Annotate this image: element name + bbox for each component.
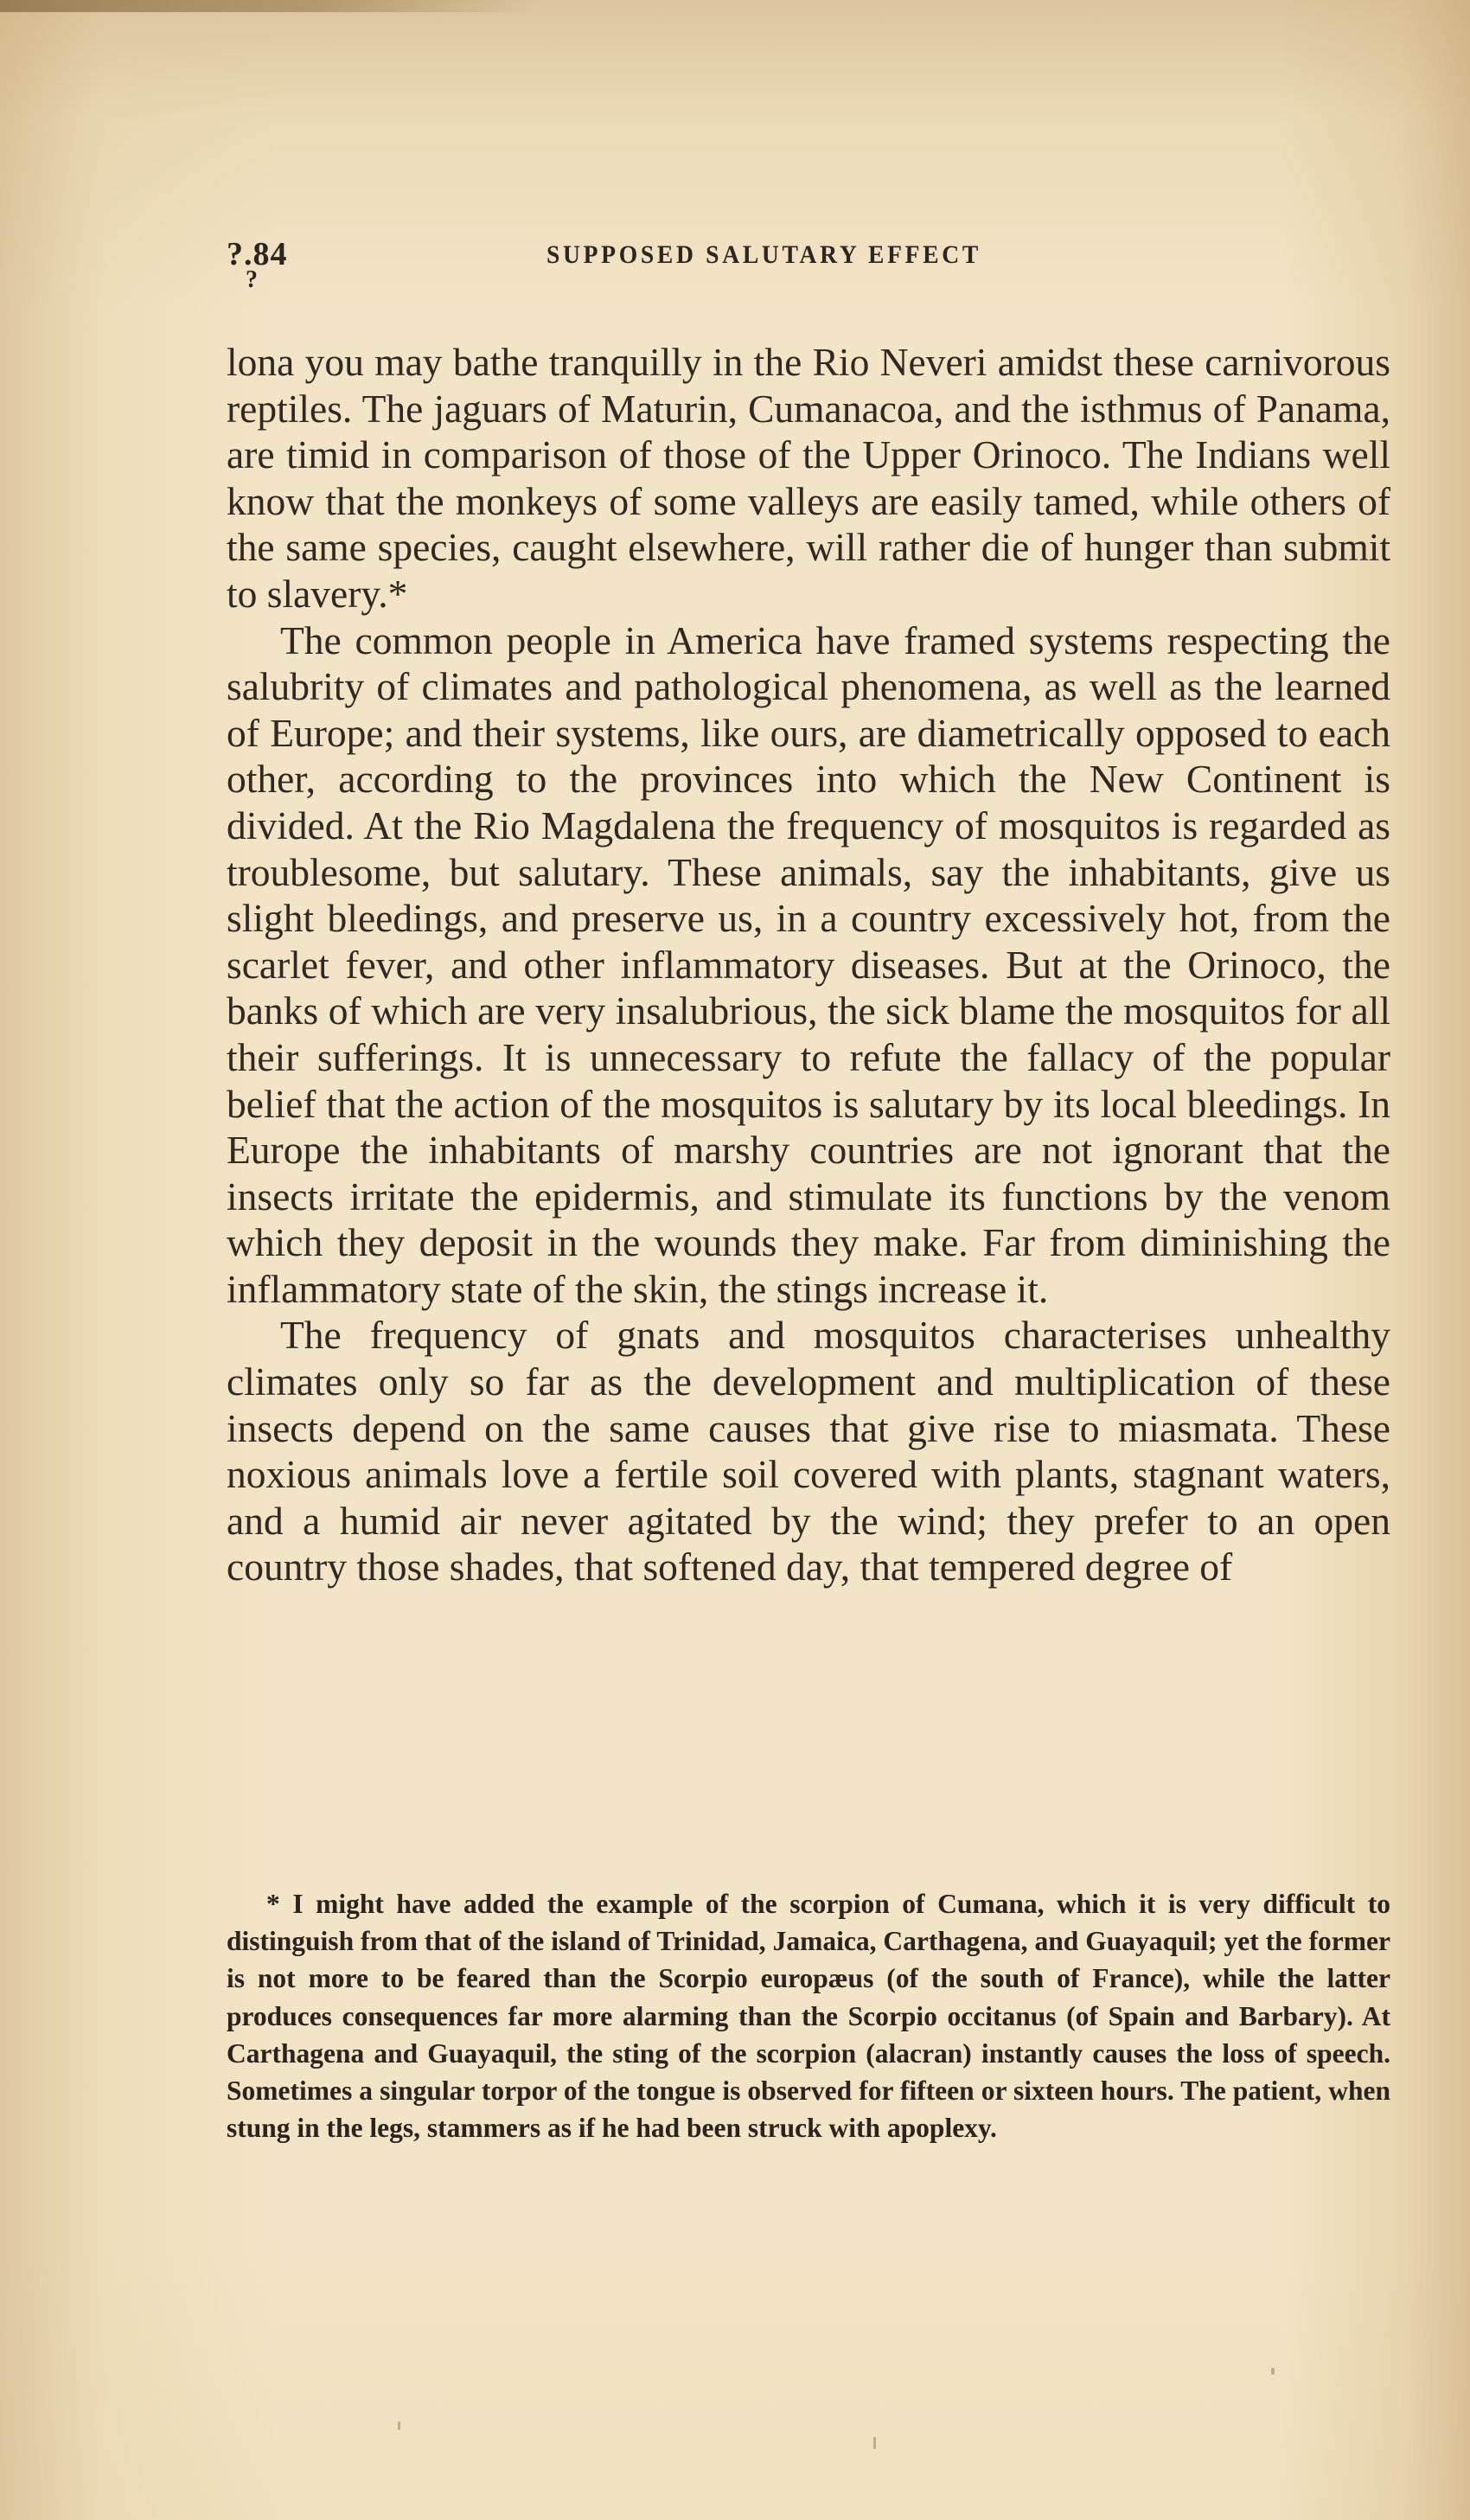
running-title: SUPPOSED SALUTARY EFFECT: [546, 240, 981, 270]
page-top-edge-shadow: [0, 0, 536, 12]
footnote-paragraph: * I might have added the example of the …: [227, 1885, 1390, 2146]
paragraph: lona you may bathe tranquilly in the Rio…: [227, 339, 1390, 617]
paper-speck: [398, 2421, 400, 2430]
paragraph: The frequency of gnats and mosquitos cha…: [227, 1312, 1390, 1590]
body-text: lona you may bathe tranquilly in the Rio…: [227, 339, 1390, 1590]
paragraph: The common people in America have framed…: [227, 617, 1390, 1313]
footnote: * I might have added the example of the …: [227, 1885, 1390, 2146]
page-number-mark: ?: [246, 266, 258, 294]
footnote-text: I might have added the example of the sc…: [227, 1889, 1390, 2143]
paper-speck: [1271, 2368, 1275, 2375]
footnote-marker: *: [266, 1889, 280, 1919]
running-header: ?.84 ? SUPPOSED SALUTARY EFFECT: [227, 235, 1385, 287]
paper-speck: [873, 2437, 876, 2449]
